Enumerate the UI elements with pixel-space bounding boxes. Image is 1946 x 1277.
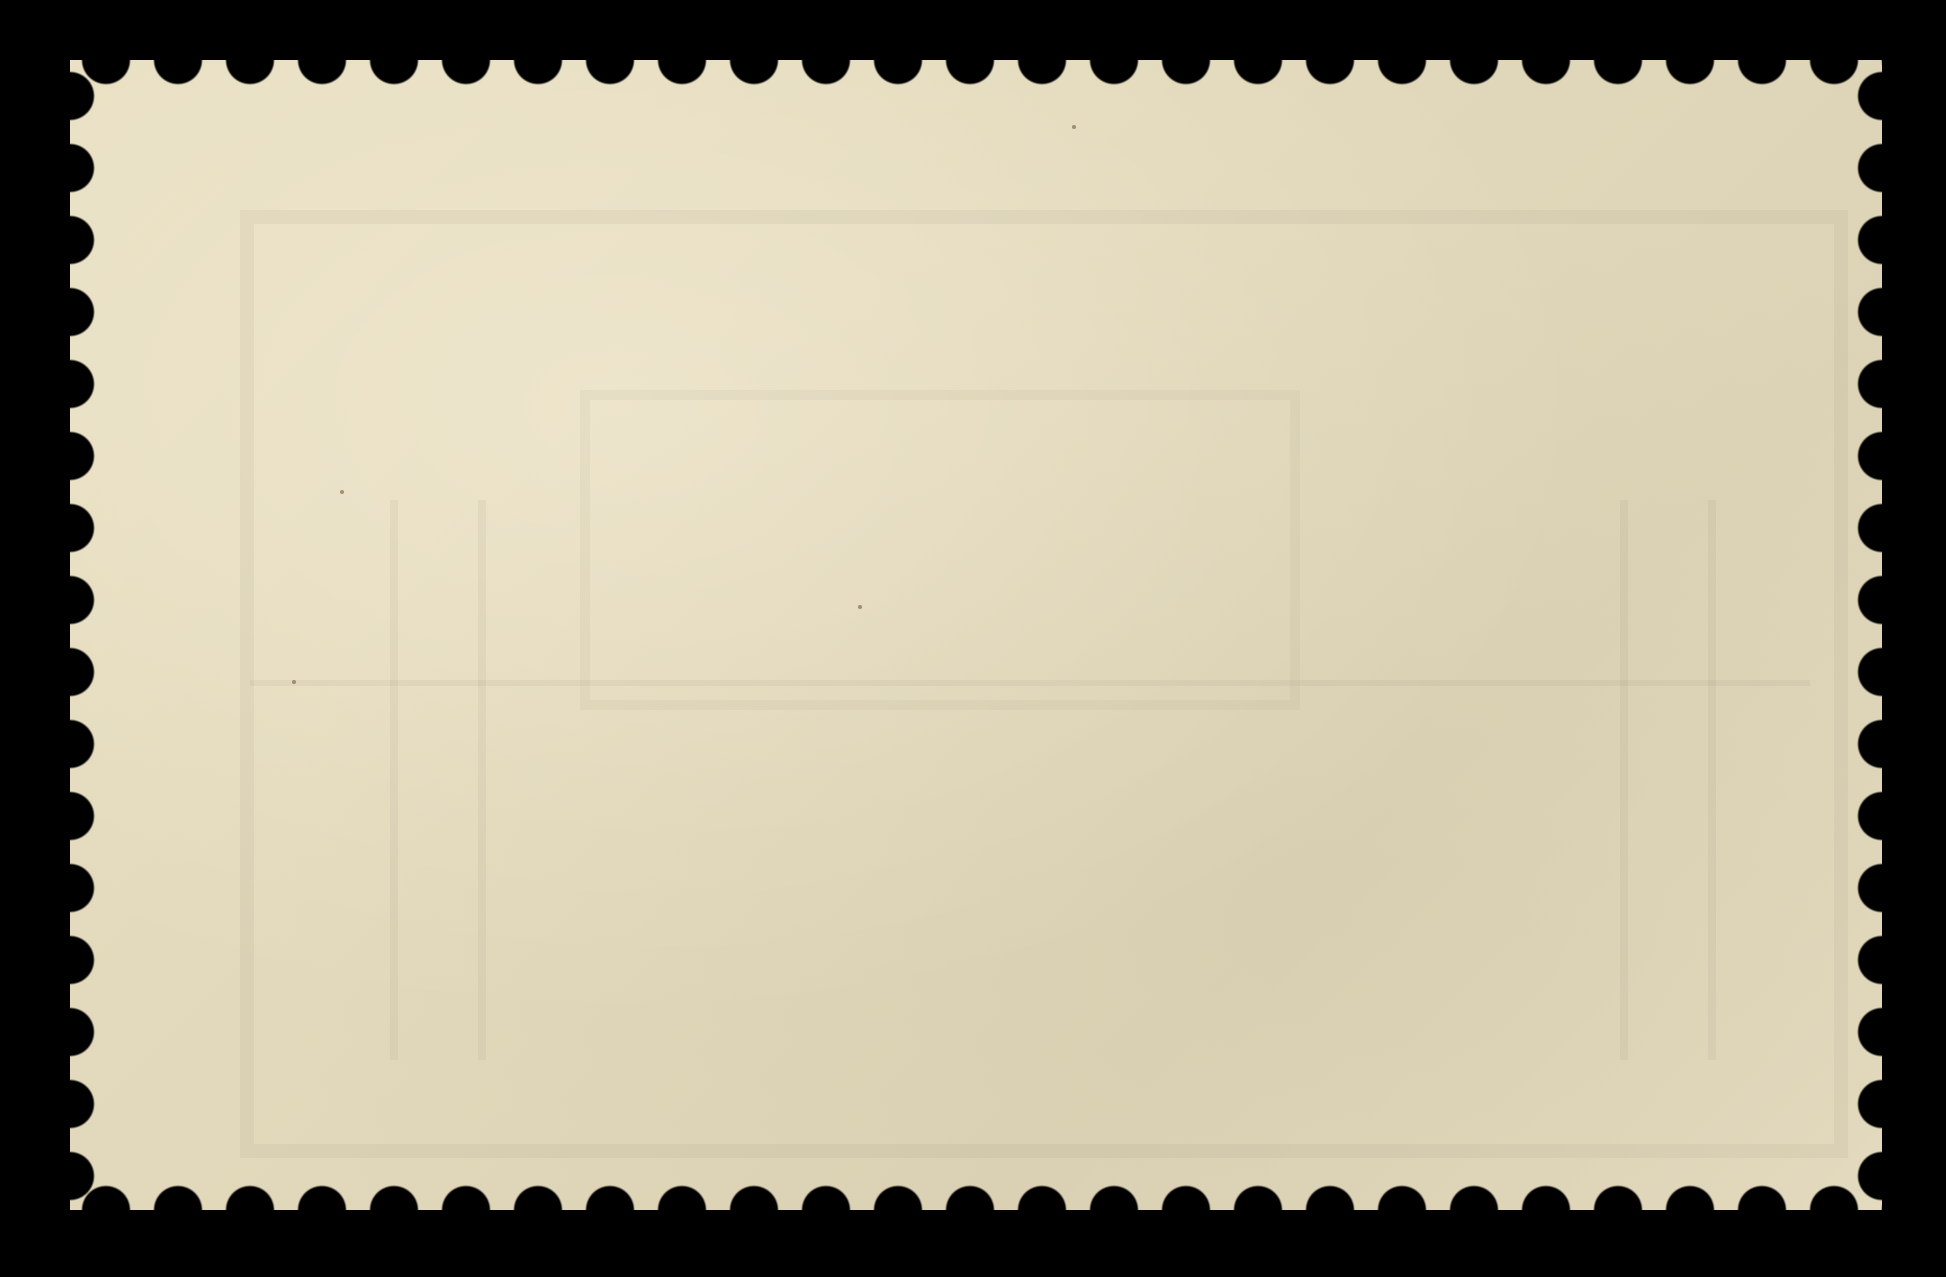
stamp-back [70,60,1882,1210]
paper-speck [340,490,344,494]
show-through-left-column [390,500,486,1060]
show-through-band [250,680,1810,686]
paper-speck [858,605,862,609]
paper-speck [1072,125,1076,129]
show-through-panel [580,390,1300,710]
right-perforations [1857,60,1907,1210]
show-through-right-column [1620,500,1716,1060]
photo-scene [0,0,1946,1277]
show-through-frame [240,210,1848,1158]
left-perforations [45,60,95,1210]
paper-speck [292,680,296,684]
